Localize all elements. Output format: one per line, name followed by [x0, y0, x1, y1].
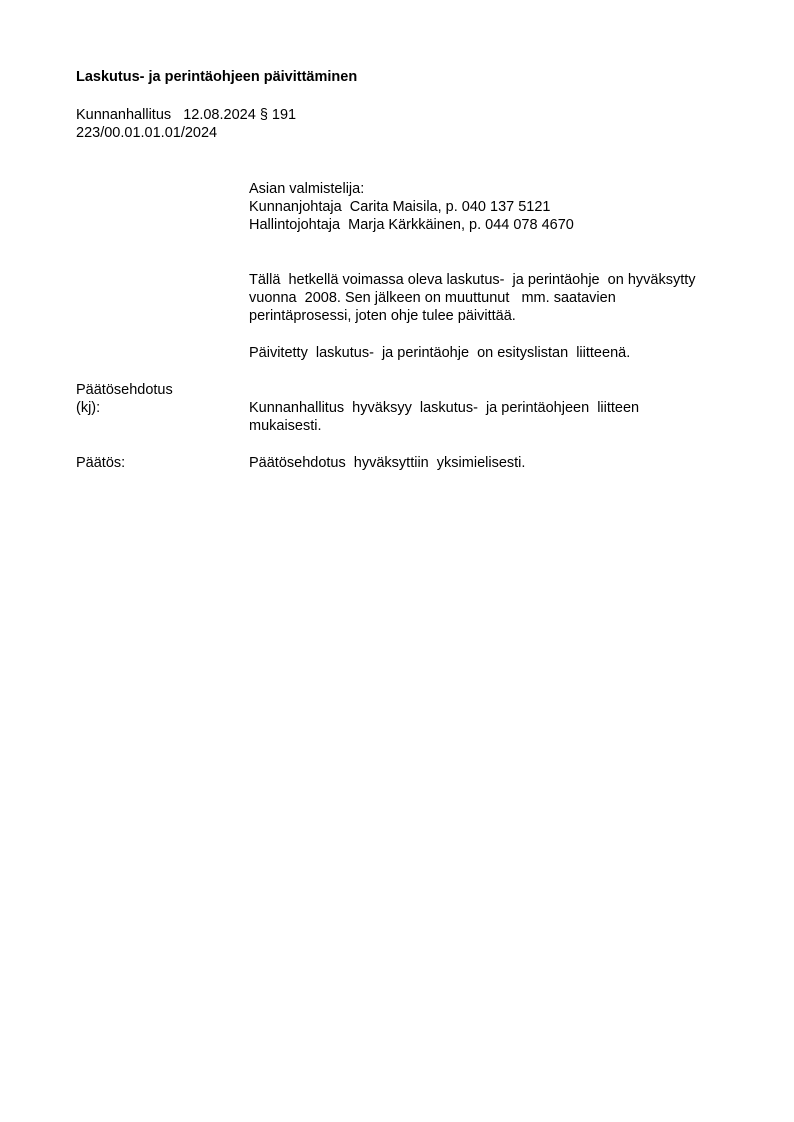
decision-label: Päätös:	[76, 454, 125, 472]
proposal-label-kj: (kj):	[76, 399, 100, 417]
proposal-line-1: Kunnanhallitus hyväksyy laskutus- ja per…	[249, 399, 639, 417]
body-line-2: vuonna 2008. Sen jälkeen on muuttunut mm…	[249, 289, 616, 307]
document-title: Laskutus- ja perintäohjeen päivittäminen	[76, 68, 357, 86]
record-number: 223/00.01.01.01/2024	[76, 124, 217, 142]
decision-text: Päätösehdotus hyväksyttiin yksimielisest…	[249, 454, 525, 472]
preparer-1: Kunnanjohtaja Carita Maisila, p. 040 137…	[249, 198, 550, 216]
proposal-label: Päätösehdotus	[76, 381, 173, 399]
meeting-line: Kunnanhallitus 12.08.2024 § 191	[76, 106, 296, 124]
preparer-heading: Asian valmistelija:	[249, 180, 364, 198]
body-line-3: perintäprosessi, joten ohje tulee päivit…	[249, 307, 516, 325]
preparer-2: Hallintojohtaja Marja Kärkkäinen, p. 044…	[249, 216, 574, 234]
body-line-1: Tällä hetkellä voimassa oleva laskutus- …	[249, 271, 696, 289]
proposal-line-2: mukaisesti.	[249, 417, 322, 435]
attachment-note: Päivitetty laskutus- ja perintäohje on e…	[249, 344, 630, 362]
